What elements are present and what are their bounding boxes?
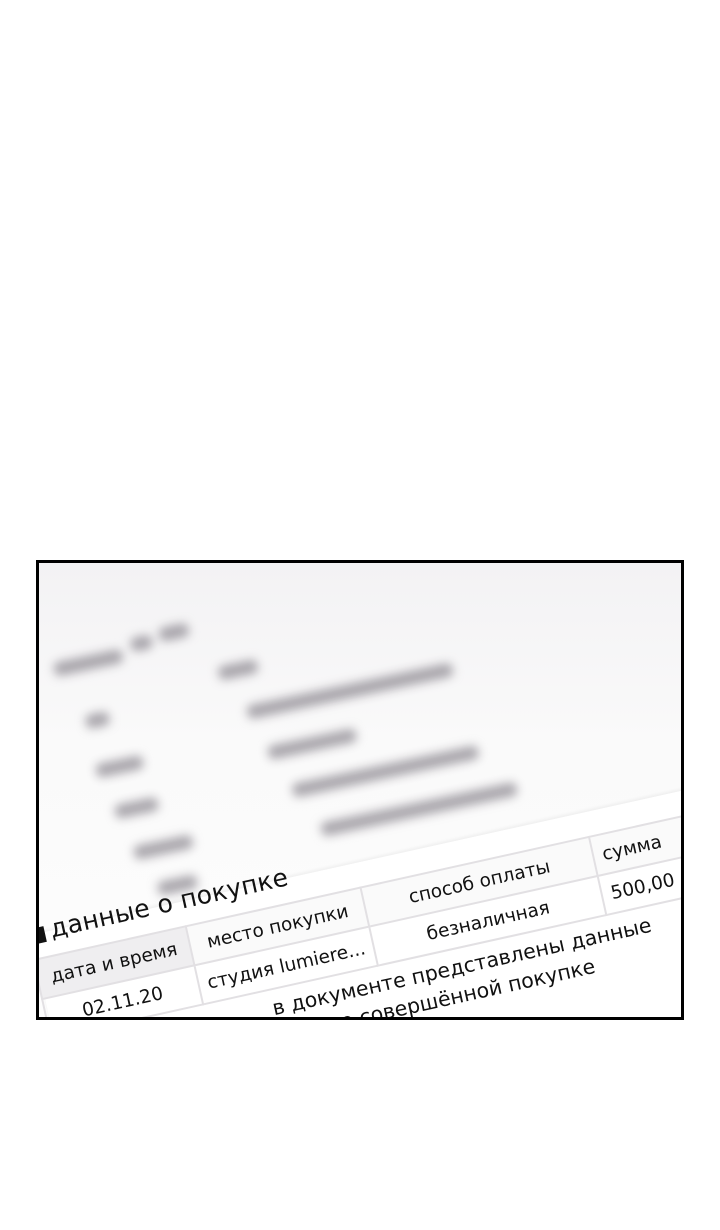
blurred-text xyxy=(246,662,454,719)
blurred-text xyxy=(291,745,480,798)
blurred-text xyxy=(320,782,519,837)
blurred-text xyxy=(95,755,145,779)
blurred-text xyxy=(114,796,160,819)
blurred-text xyxy=(53,649,124,677)
blurred-text xyxy=(217,659,259,681)
blurred-text xyxy=(133,834,195,860)
comic-panel: данные о покупке дата и время место поку… xyxy=(36,560,684,1020)
blurred-text xyxy=(267,728,358,760)
blurred-text xyxy=(129,634,153,652)
blurred-text xyxy=(84,711,110,730)
blurred-text xyxy=(158,622,190,642)
